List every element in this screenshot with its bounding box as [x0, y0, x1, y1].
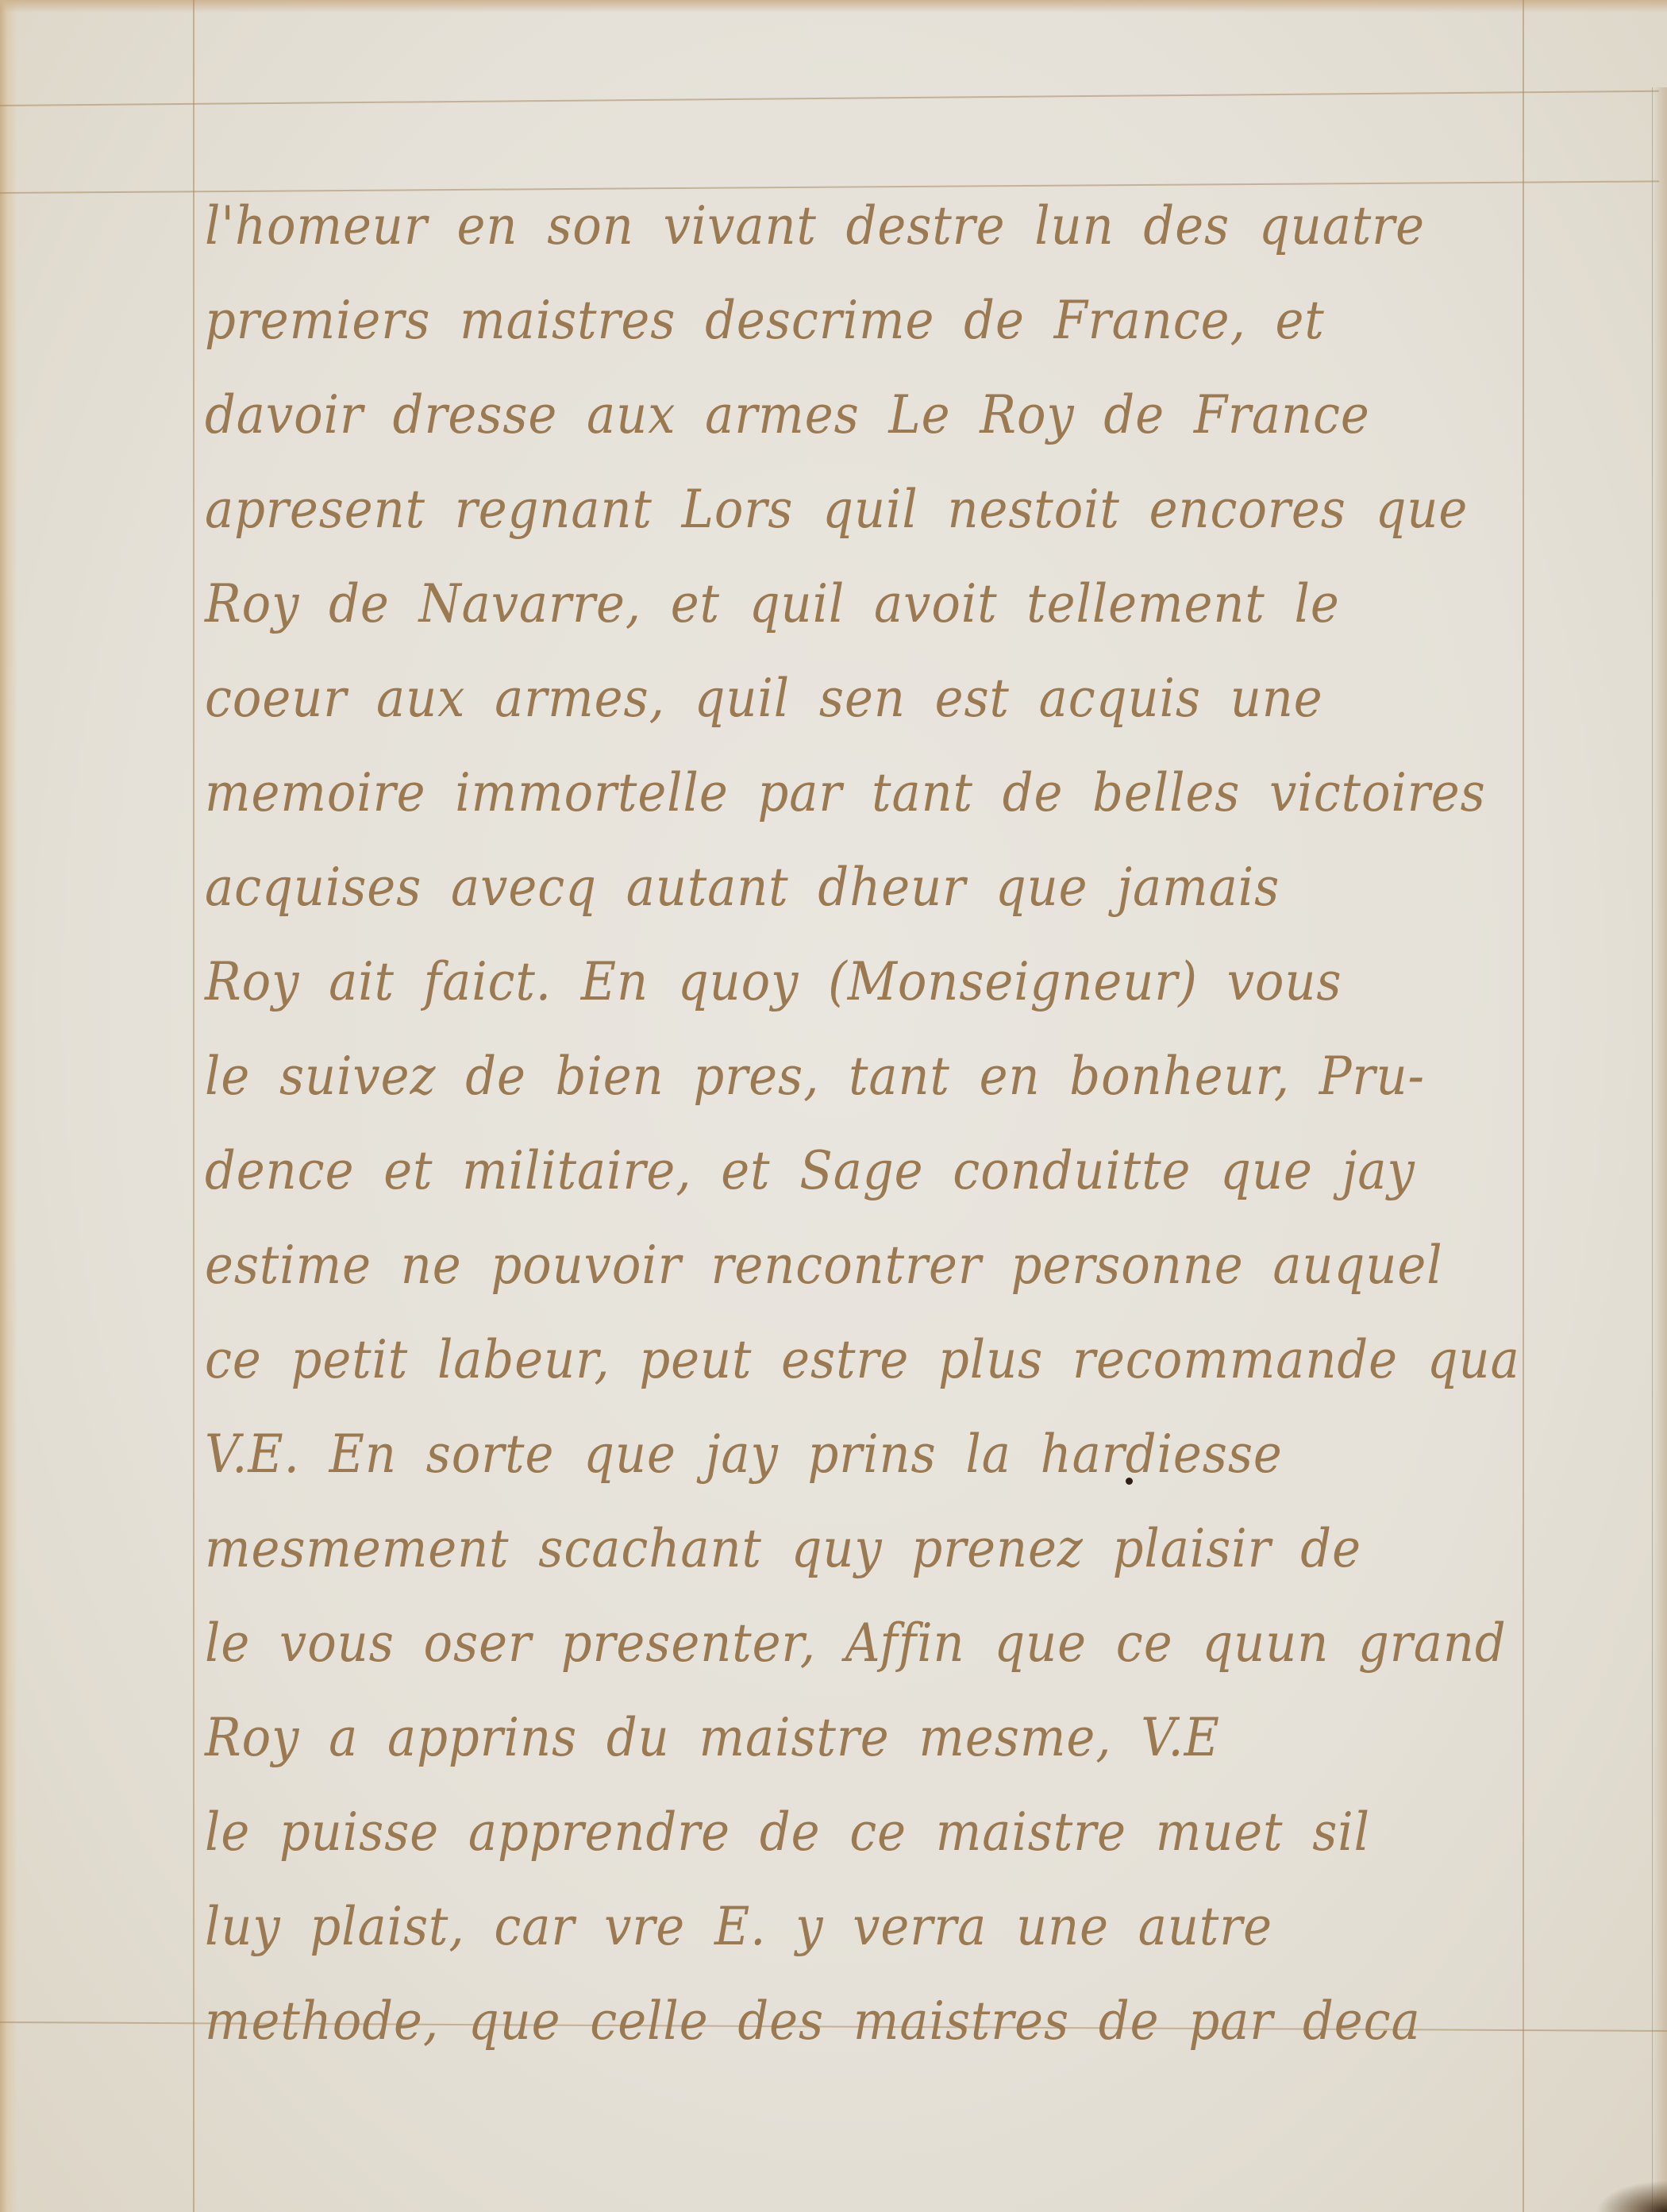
text-line: dence et militaire, et Sage conduitte qu…	[205, 1123, 1417, 1218]
text-line: apresent regnant Lors quil nestoit encor…	[205, 462, 1417, 557]
text-line: Roy a apprins du maistre mesme, V.E	[205, 1690, 1417, 1785]
text-line: memoire immortelle par tant de belles vi…	[205, 746, 1417, 840]
text-line: luy plaist, car vre E. y verra une autre	[205, 1879, 1417, 1974]
text-line: premiers maistres descrime de France, et	[205, 273, 1417, 368]
text-line: le puisse apprendre de ce maistre muet s…	[205, 1785, 1417, 1879]
page-edge-right	[1652, 87, 1667, 2212]
top-rule-1	[0, 91, 1659, 106]
page-corner-shadow	[1596, 2180, 1667, 2212]
text-line: davoir dresse aux armes Le Roy de France	[205, 368, 1417, 462]
manuscript-page: l'homeur en son vivant destre lun des qu…	[0, 0, 1667, 2212]
text-line: l'homeur en son vivant destre lun des qu…	[205, 179, 1417, 273]
text-line: methode, que celle des maistres de par d…	[205, 1974, 1417, 2068]
text-line: coeur aux armes, quil sen est acquis une	[205, 651, 1417, 746]
text-line: ce petit labeur, peut estre plus recomma…	[205, 1312, 1417, 1407]
manuscript-text: l'homeur en son vivant destre lun des qu…	[205, 179, 1523, 2068]
text-line: acquises avecq autant dheur que jamais	[205, 840, 1417, 935]
page-edge-left	[0, 0, 17, 2212]
text-line: V.E. En sorte que jay prins la hardiesse	[205, 1407, 1417, 1501]
text-line: estime ne pouvoir rencontrer personne au…	[205, 1218, 1417, 1312]
text-line: le suivez de bien pres, tant en bonheur,…	[205, 1029, 1417, 1123]
text-line: mesmement scachant quy prenez plaisir de	[205, 1501, 1417, 1596]
text-line: le vous oser presenter, Affin que ce quu…	[205, 1596, 1417, 1690]
text-line: Roy ait faict. En quoy (Monseigneur) vou…	[205, 935, 1417, 1029]
text-line: Roy de Navarre, et quil avoit tellement …	[205, 557, 1417, 651]
left-margin-rule	[193, 0, 194, 2212]
right-margin-rule	[1523, 0, 1524, 2212]
ink-spot	[1126, 1478, 1133, 1485]
page-edge-top	[0, 0, 1667, 13]
